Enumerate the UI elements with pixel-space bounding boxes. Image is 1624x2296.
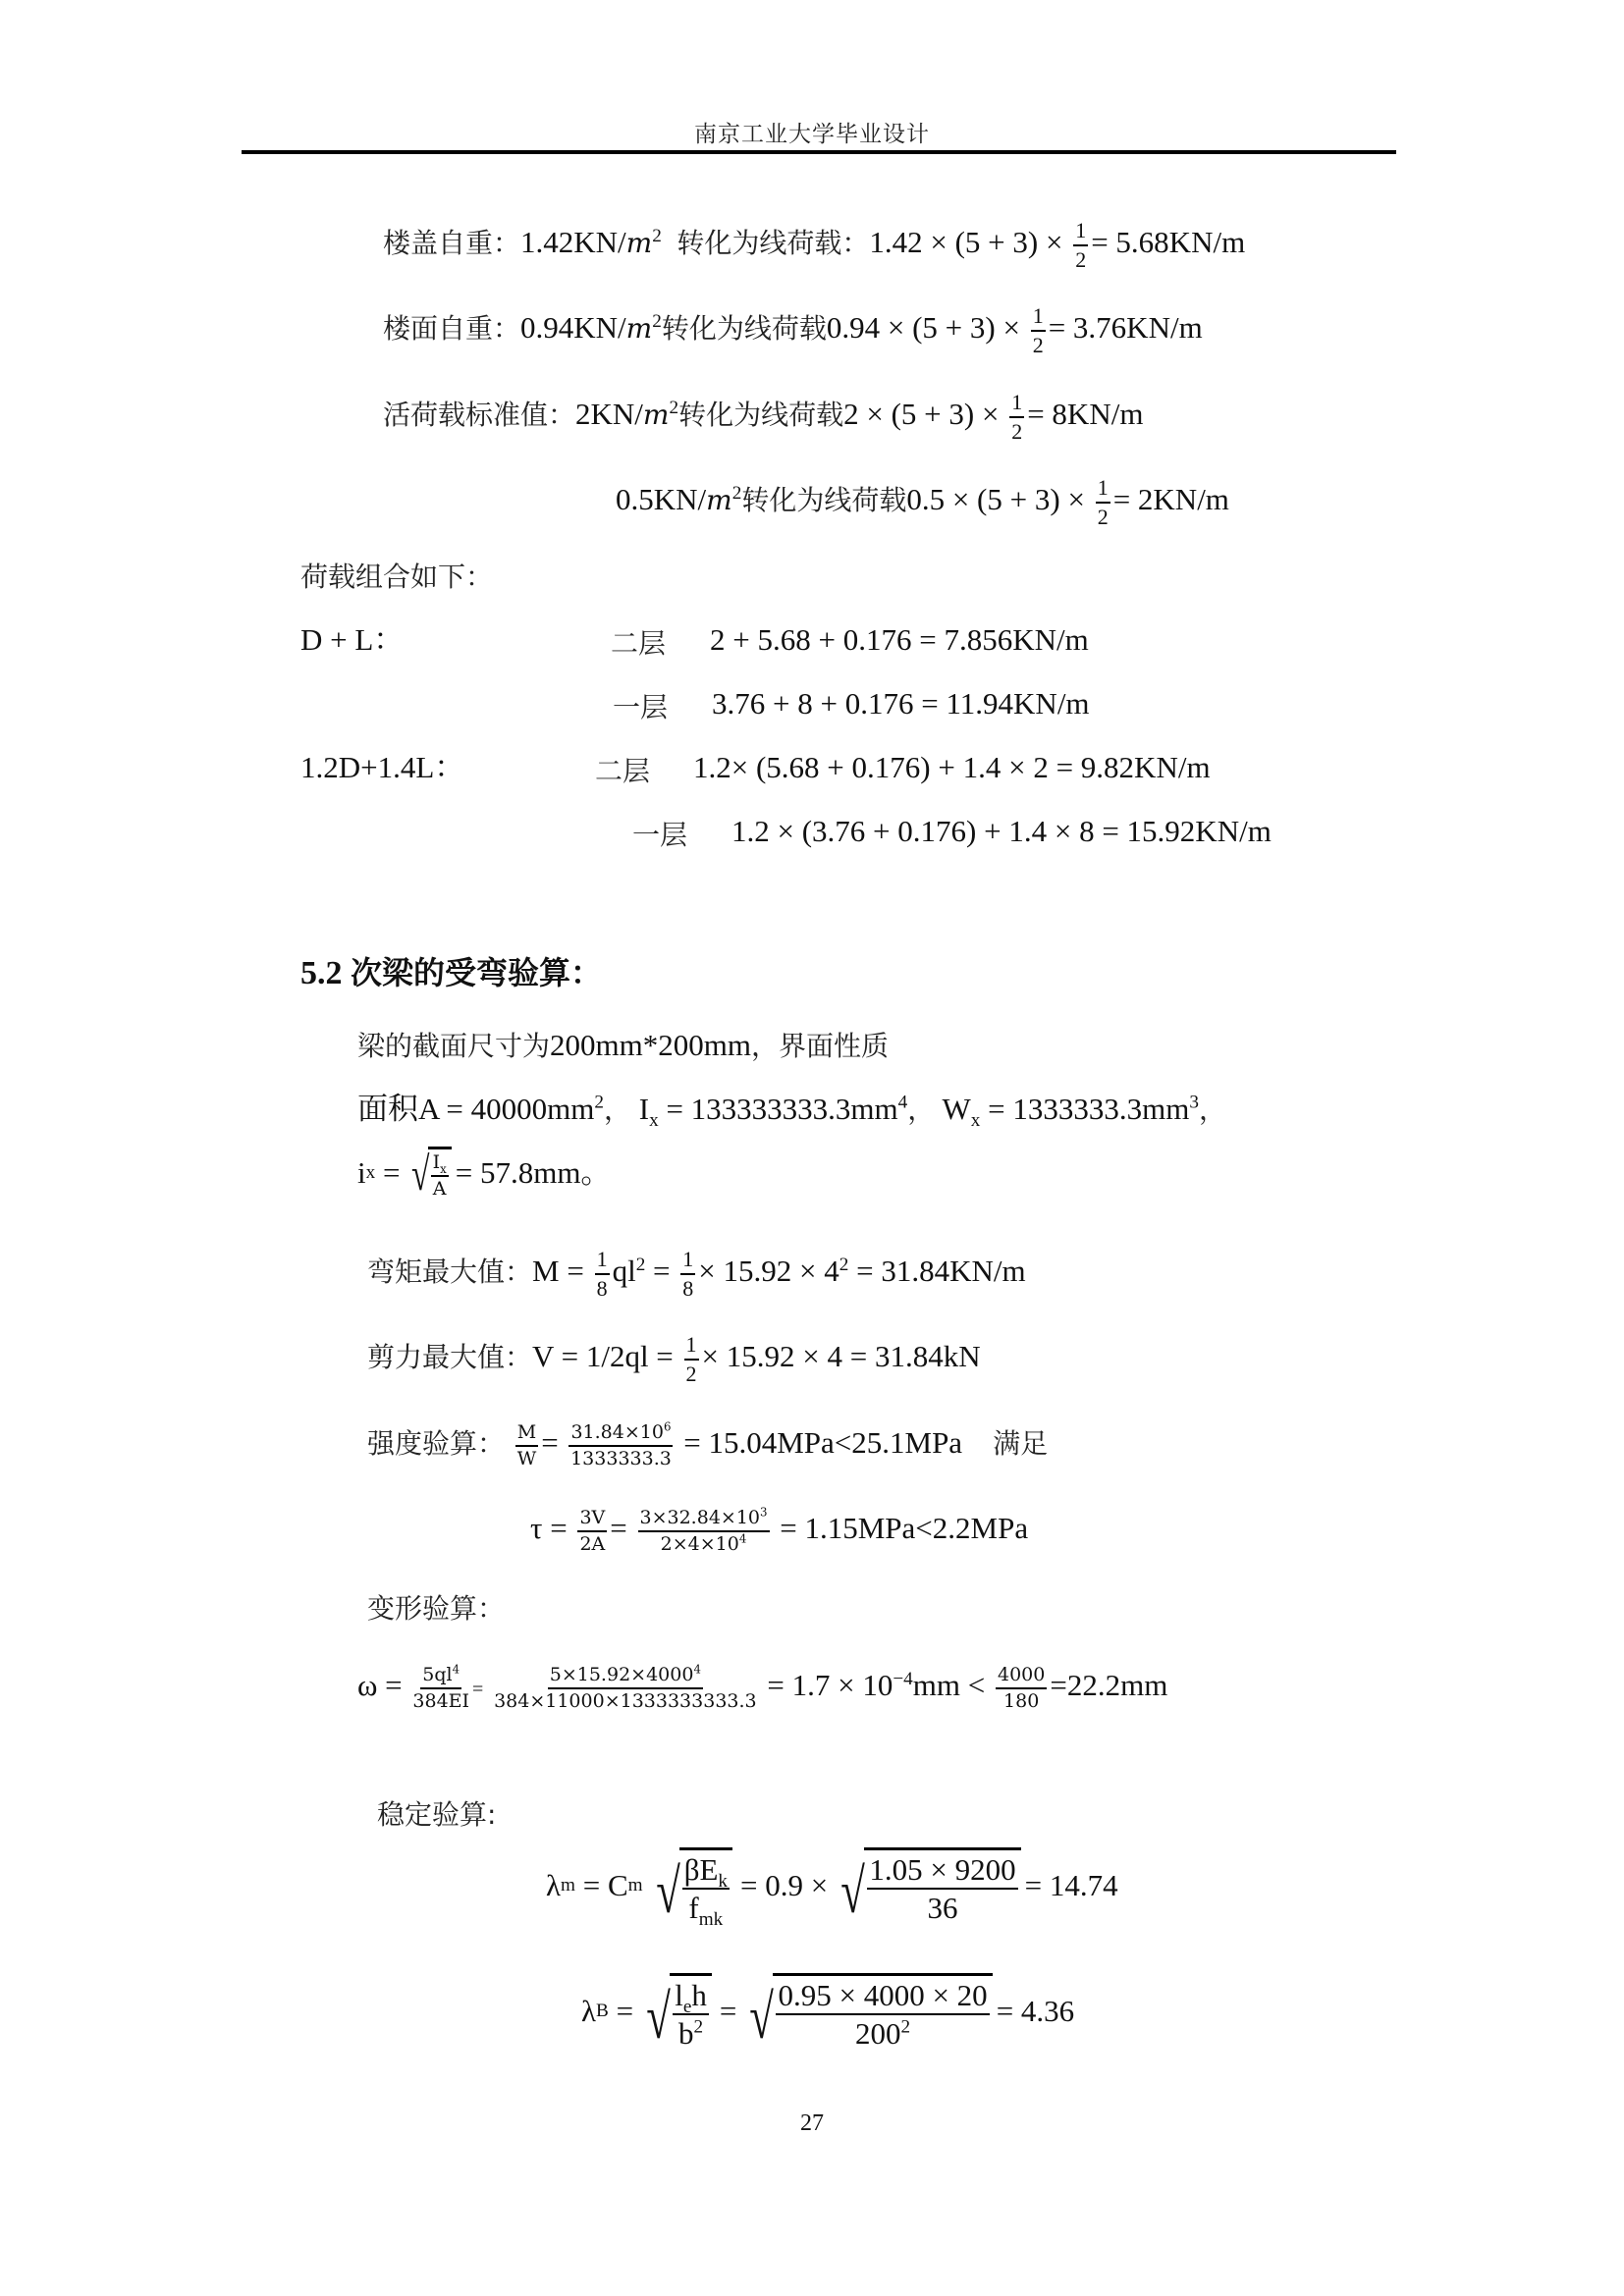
- moment-line: 弯矩最大值：M = 18ql2 = 18× 15.92 × 42 = 31.84…: [367, 1249, 1026, 1300]
- live-expr: 2 × (5 + 3) ×: [843, 397, 999, 431]
- page-number: 27: [0, 2110, 1624, 2137]
- floor-load-line: 楼面自重：0.94KN/m2转化为线荷载0.94 × (5 + 3) × 12=…: [383, 305, 1203, 356]
- convert-label: 转化为线荷载: [741, 484, 906, 516]
- live-load-value: 2KN/: [575, 397, 643, 431]
- floor-result: = 3.76KN/m: [1049, 310, 1203, 345]
- denominator: 2: [1075, 246, 1086, 271]
- fraction: 1.05 × 920036: [867, 1854, 1017, 1923]
- lambda-m-line: λm = Cm √βEkfmk = 0.9 × √1.05 × 920036 =…: [546, 1847, 1118, 1923]
- radical-sign-icon: √: [841, 1847, 866, 1923]
- radical-sign-icon: √: [656, 1847, 680, 1923]
- denominator: 1333333.3: [570, 1447, 672, 1468]
- omega-lhs: ω =: [357, 1668, 403, 1702]
- denominator: A: [433, 1177, 447, 1199]
- separator: ，: [907, 1094, 935, 1126]
- sub: mk: [699, 1909, 724, 1930]
- lambda-symbol: λ: [546, 1866, 561, 1905]
- radical-sign-icon: √: [411, 1147, 429, 1199]
- live2-expr: 0.5 × (5 + 3) ×: [906, 482, 1085, 516]
- exp: 2: [693, 2017, 703, 2038]
- live-result: = 8KN/m: [1027, 397, 1143, 431]
- stability-label: 稳定验算:: [377, 1793, 496, 1833]
- deflection-line: ω = 5ql4384EI= 5×15.92×40004384×11000×13…: [357, 1666, 1167, 1711]
- den-text: f: [688, 1891, 698, 1925]
- sqrt: √IxA: [407, 1147, 452, 1199]
- unit-exp: 2: [652, 311, 662, 332]
- combo-floor-2: 二层: [595, 750, 650, 789]
- radical-sign-icon: √: [750, 1973, 775, 2049]
- equals: =: [375, 1153, 407, 1193]
- moment-label: 弯矩最大值：: [367, 1255, 532, 1288]
- roof-expr: 1.42 × (5 + 3) ×: [869, 225, 1062, 259]
- num-text: 5×15.92×4000: [550, 1664, 694, 1685]
- ix-value: = 133333333.3mm: [659, 1092, 898, 1126]
- sub: x: [440, 1162, 447, 1176]
- satisfied-label: 满足: [993, 1427, 1048, 1460]
- live-load-roof-line: 0.5KN/m2转化为线荷载0.5 × (5 + 3) × 12= 2KN/m: [616, 477, 1229, 528]
- fraction: 18: [680, 1249, 695, 1300]
- fraction-half: 12: [1096, 477, 1110, 528]
- strength-check-line: 强度验算： MW= 31.84×1061333333.3 = 15.04MPa<…: [367, 1423, 1048, 1468]
- moment-result: = 31.84KN/m: [848, 1254, 1025, 1288]
- exp: 4: [898, 1093, 908, 1113]
- exp: 4: [739, 1532, 747, 1546]
- lambda-symbol: λ: [581, 1992, 596, 2031]
- unit-m: m: [626, 312, 653, 345]
- mid: = 0.9 ×: [740, 1866, 828, 1905]
- document-header-title: 南京工业大学毕业设计: [0, 116, 1624, 148]
- den-text: b: [678, 2016, 694, 2051]
- fraction: 31.84×1061333333.3: [568, 1423, 673, 1468]
- fraction: 5×15.92×40004384×11000×1333333333.3: [494, 1666, 757, 1711]
- convert-label: 转化为线荷载：: [677, 227, 869, 259]
- fraction-half: 12: [1073, 220, 1088, 271]
- unit-exp: 2: [669, 398, 678, 418]
- numerator: βEk: [682, 1854, 730, 1890]
- numerator: M: [515, 1423, 538, 1447]
- sqrt: √1.05 × 920036: [836, 1847, 1020, 1923]
- floor-load-value: 0.94KN/: [520, 310, 626, 345]
- sub: x: [971, 1110, 981, 1131]
- strength-label: 强度验算：: [367, 1427, 505, 1460]
- area-value: 面积A = 40000mm: [357, 1092, 594, 1126]
- unit-m: m: [706, 484, 732, 516]
- denominator: 8: [682, 1275, 693, 1300]
- deflection-result: = 1.7 × 10: [767, 1668, 893, 1702]
- exp: 2: [636, 1255, 646, 1275]
- section-properties: 面积A = 40000mm2， Ix = 133333333.3mm4， Wx …: [357, 1090, 1226, 1130]
- denominator: 384EI: [412, 1689, 469, 1711]
- combo-expr: 2 + 5.68 + 0.176 = 7.856KN/m: [710, 620, 1089, 660]
- radical-sign-icon: √: [646, 1973, 671, 2049]
- shear-lhs: V = 1/2ql =: [532, 1339, 674, 1373]
- exp: 2: [594, 1093, 604, 1113]
- den-text: 200: [855, 2016, 901, 2051]
- equals: =: [541, 1425, 558, 1460]
- num-text: 3×32.84×10: [640, 1507, 761, 1528]
- floor-load-label: 楼面自重：: [383, 312, 520, 345]
- section-intro: 梁的截面尺寸为200mm*200mm，界面性质: [357, 1026, 889, 1066]
- strength-result: = 15.04MPa<25.1MPa: [683, 1425, 962, 1460]
- numerator: 1.05 × 9200: [867, 1854, 1017, 1890]
- shear-tail: × 15.92 × 4 = 31.84kN: [702, 1339, 981, 1373]
- equals: =: [720, 1992, 736, 2031]
- numerator: 3V: [577, 1509, 607, 1532]
- denominator: fmk: [688, 1890, 723, 1923]
- deflection-unit: mm <: [913, 1668, 985, 1702]
- fraction: IxA: [431, 1153, 449, 1199]
- exp: 2: [839, 1255, 849, 1275]
- num-text: l: [675, 1978, 683, 2012]
- fraction: 5ql4384EI: [412, 1666, 469, 1711]
- numerator: 0.95 × 4000 × 20: [776, 1980, 989, 2015]
- header-rule: [242, 150, 1396, 154]
- fraction: 3V2A: [577, 1509, 607, 1554]
- radius-of-gyration: ix = √IxA = 57.8mm。: [357, 1147, 611, 1199]
- combo-floor-1: 一层: [613, 686, 668, 725]
- ix-symbol: I: [639, 1092, 649, 1126]
- sqrt: √0.95 × 4000 × 202002: [744, 1973, 992, 2049]
- combo-floor-1: 一层: [632, 814, 687, 853]
- shear-line: 剪力最大值：V = 1/2ql = 12× 15.92 × 4 = 31.84k…: [367, 1334, 981, 1385]
- shear-label: 剪力最大值：: [367, 1341, 532, 1373]
- combo-expr: 1.2 × (3.76 + 0.176) + 1.4 × 8 = 15.92KN…: [731, 812, 1272, 851]
- fraction: 0.95 × 4000 × 202002: [776, 1980, 989, 2049]
- sym: I: [433, 1151, 441, 1173]
- denominator: 36: [927, 1890, 957, 1923]
- unit-m: m: [643, 399, 670, 431]
- fraction: lehb2: [673, 1980, 709, 2049]
- radius-result: = 57.8mm。: [456, 1153, 612, 1193]
- numerator: leh: [673, 1980, 709, 2015]
- unit-exp: 2: [652, 226, 662, 246]
- equals: =: [610, 1511, 626, 1545]
- exp: 6: [664, 1420, 672, 1434]
- exp: 3: [1189, 1093, 1199, 1113]
- numerator: 1: [1009, 392, 1024, 418]
- fraction-half: 12: [1031, 305, 1046, 356]
- numerator: 3×32.84×103: [638, 1509, 770, 1532]
- deflection-limit: =22.2mm: [1050, 1668, 1167, 1702]
- shear-stress-line: τ = 3V2A= 3×32.84×1032×4×104 = 1.15MPa<2…: [530, 1509, 1028, 1554]
- wx-value: = 1333333.3mm: [980, 1092, 1189, 1126]
- ql: ql: [613, 1254, 636, 1288]
- unit-m: m: [626, 227, 653, 259]
- numerator: Ix: [431, 1153, 449, 1177]
- exp: 3: [760, 1506, 768, 1520]
- denominator: 8: [597, 1275, 608, 1300]
- intro-tail: ，界面性质: [751, 1030, 889, 1062]
- intro-dimension: 200mm*200mm: [550, 1028, 751, 1062]
- numerator: 4000: [996, 1666, 1047, 1689]
- denominator: 2×4×104: [661, 1532, 747, 1554]
- separator: ，: [604, 1094, 631, 1126]
- numerator: 5ql4: [420, 1666, 461, 1689]
- combo-expr: 1.2× (5.68 + 0.176) + 1.4 × 2 = 9.82KN/m: [693, 748, 1211, 787]
- combos-title: 荷载组合如下：: [300, 556, 493, 595]
- denominator: W: [517, 1447, 537, 1468]
- denominator: 2: [1033, 332, 1044, 356]
- numerator: 1: [595, 1249, 610, 1275]
- equals: =: [609, 1992, 633, 2031]
- section-number: 5.2: [300, 955, 343, 991]
- numerator: 1: [684, 1334, 699, 1361]
- live-load-label: 活荷载标准值：: [383, 399, 575, 431]
- numerator: 1: [1096, 477, 1110, 504]
- combo-expr: 3.76 + 8 + 0.176 = 11.94KN/m: [712, 684, 1090, 723]
- live2-value: 0.5KN/: [616, 482, 706, 516]
- num-text: 5ql: [422, 1664, 452, 1685]
- numerator: 5×15.92×40004: [548, 1666, 703, 1689]
- lambda-b-result: = 4.36: [997, 1992, 1074, 2031]
- exp: 2: [901, 2017, 911, 2038]
- combo-label-dl: D + L：: [300, 620, 404, 660]
- exp: 4: [453, 1663, 460, 1677]
- exp: −4: [893, 1669, 912, 1689]
- tau-lhs: τ =: [530, 1511, 568, 1545]
- fraction: 12: [684, 1334, 699, 1385]
- sqrt: √lehb2: [641, 1973, 712, 2049]
- convert-label: 转化为线荷载: [662, 312, 827, 345]
- live-load-line: 活荷载标准值：2KN/m2转化为线荷载2 × (5 + 3) × 12= 8KN…: [383, 392, 1143, 443]
- floor-expr: 0.94 × (5 + 3) ×: [827, 310, 1020, 345]
- numerator: 31.84×106: [568, 1423, 673, 1447]
- num-text: 31.84×10: [570, 1421, 664, 1443]
- numerator: 1: [1073, 220, 1088, 246]
- section-heading: 5.2 次梁的受弯验算：: [300, 948, 602, 993]
- denominator: 2: [1011, 418, 1022, 443]
- numerator: 1: [680, 1249, 695, 1275]
- lambda-m-result: = 14.74: [1025, 1866, 1118, 1905]
- equals-c: = C: [575, 1866, 628, 1905]
- den-text: 2×4×10: [661, 1533, 739, 1555]
- roof-result: = 5.68KN/m: [1091, 225, 1245, 259]
- fraction: βEkfmk: [682, 1854, 730, 1923]
- roof-load-value: 1.42KN/: [520, 225, 626, 259]
- denominator: 384×11000×1333333333.3: [494, 1689, 757, 1711]
- denominator: b2: [678, 2015, 703, 2049]
- num-tail: h: [691, 1978, 707, 2012]
- denominator: 180: [1003, 1689, 1039, 1711]
- fraction-half: 12: [1009, 392, 1024, 443]
- sub: x: [649, 1110, 659, 1131]
- roof-load-line: 楼盖自重：1.42KN/m2 转化为线荷载：1.42 × (5 + 3) × 1…: [383, 220, 1245, 271]
- fraction: 4000180: [996, 1666, 1047, 1711]
- roof-load-label: 楼盖自重：: [383, 227, 520, 259]
- fraction: 3×32.84×1032×4×104: [638, 1509, 770, 1554]
- exp: 4: [693, 1663, 701, 1677]
- fraction: MW: [515, 1423, 538, 1468]
- shear-stress-result: = 1.15MPa<2.2MPa: [780, 1511, 1028, 1545]
- moment-tail: × 15.92 × 4: [698, 1254, 839, 1288]
- separator: ，: [1199, 1094, 1226, 1126]
- denominator: 2002: [855, 2015, 910, 2049]
- sqrt: √βEkfmk: [651, 1847, 732, 1923]
- numerator: 1: [1031, 305, 1046, 332]
- lambda-b-line: λB = √lehb2 = √0.95 × 4000 × 202002 = 4.…: [581, 1973, 1074, 2049]
- equals: =: [645, 1254, 670, 1288]
- num-text: βE: [684, 1852, 719, 1887]
- denominator: 2A: [579, 1532, 605, 1554]
- convert-label: 转化为线荷载: [678, 399, 843, 431]
- denominator: 2: [1098, 504, 1109, 528]
- intro-text: 梁的截面尺寸为: [357, 1030, 550, 1062]
- moment-lhs: M =: [532, 1254, 584, 1288]
- ix-symbol: i: [357, 1153, 366, 1193]
- combo-label-factored: 1.2D+1.4L：: [300, 748, 464, 787]
- live2-result: = 2KN/m: [1113, 482, 1229, 516]
- deflection-label: 变形验算：: [367, 1587, 505, 1627]
- unit-exp: 2: [732, 483, 742, 504]
- combo-floor-2: 二层: [611, 622, 666, 662]
- wx-symbol: W: [943, 1092, 971, 1126]
- equals: =: [472, 1679, 483, 1700]
- section-title: 次梁的受弯验算：: [351, 954, 602, 991]
- fraction: 18: [595, 1249, 610, 1300]
- denominator: 2: [686, 1361, 697, 1385]
